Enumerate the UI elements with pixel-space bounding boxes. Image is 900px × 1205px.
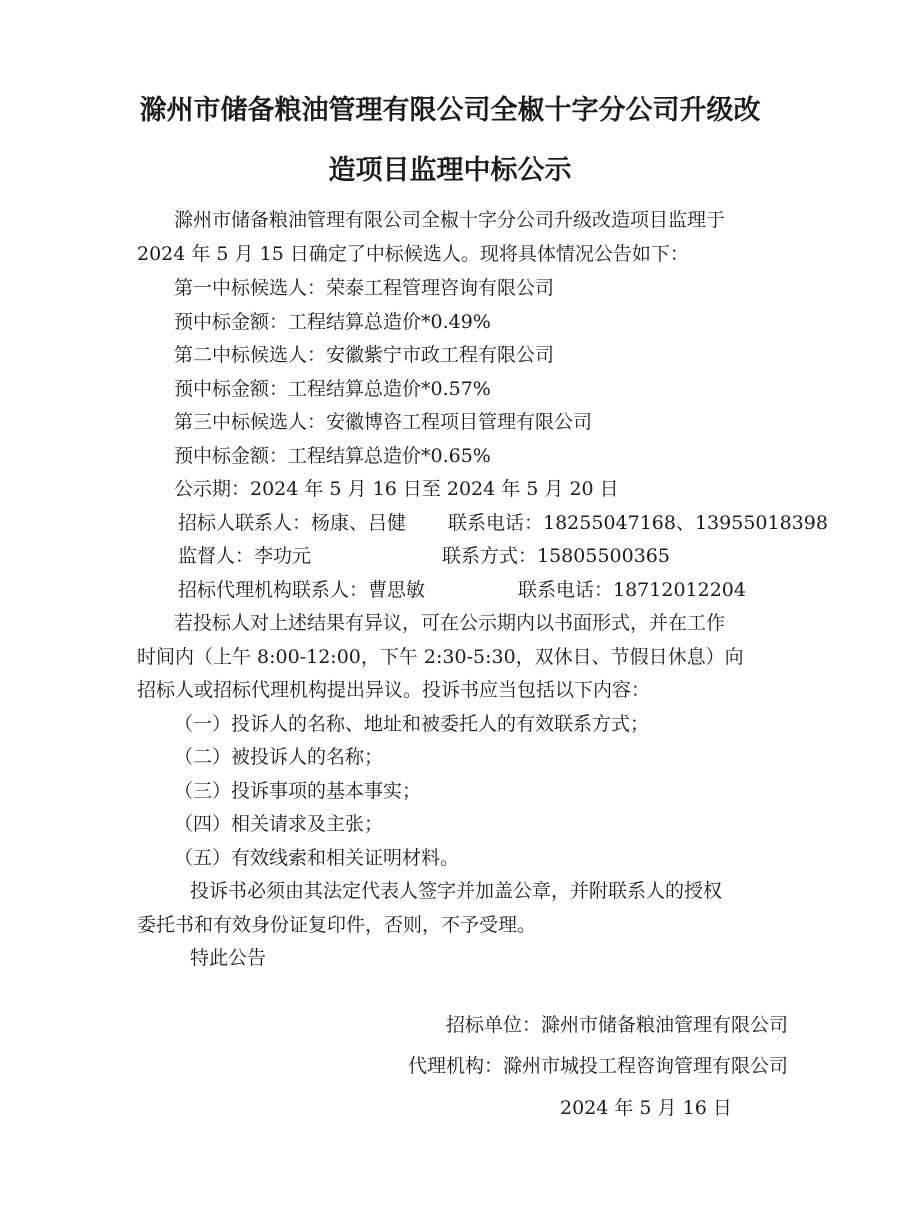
signature-line-2: 委托书和有效身份证复印件，否则，不予受理。 [137, 913, 536, 937]
tenderer-contact-label: 招标人联系人：杨康、吕健 [178, 511, 406, 535]
complaint-item-2: （二）被投诉人的名称； [174, 745, 383, 769]
document-title-line-1: 滁州市储备粮油管理有限公司全椒十字分公司升级改 [0, 88, 900, 127]
candidate-1-name: 第一中标候选人：荣泰工程管理咨询有限公司 [174, 276, 554, 300]
objection-line-1: 若投标人对上述结果有异议，可在公示期内以书面形式，并在工作 [174, 611, 725, 635]
intro-line-1: 滁州市储备粮油管理有限公司全椒十字分公司升级改造项目监理于 [174, 208, 725, 232]
complaint-item-3: （三）投诉事项的基本事实； [174, 779, 421, 803]
publicity-period: 公示期：2024 年 5 月 16 日至 2024 年 5 月 20 日 [174, 477, 619, 501]
complaint-item-4: （四）相关请求及主张； [174, 812, 383, 836]
candidate-1-amount: 预中标金额：工程结算总造价*0.49% [174, 310, 491, 334]
signature-line-1: 投诉书必须由其法定代表人签字并加盖公章，并附联系人的授权 [190, 879, 722, 903]
closing-text: 特此公告 [190, 946, 266, 970]
supervisor-label: 监督人：李功元 [178, 544, 311, 568]
agency-contact-phone: 联系电话：18712012204 [518, 578, 746, 602]
candidate-3-name: 第三中标候选人：安徽博咨工程项目管理有限公司 [174, 410, 592, 434]
intro-line-2: 2024 年 5 月 15 日确定了中标候选人。现将具体情况公告如下： [137, 242, 689, 266]
complaint-item-5: （五）有效线索和相关证明材料。 [174, 846, 459, 870]
document-title-line-2: 造项目监理中标公示 [0, 148, 900, 187]
candidate-2-amount: 预中标金额：工程结算总造价*0.57% [174, 377, 491, 401]
footer-agency: 代理机构：滁州市城投工程咨询管理有限公司 [408, 1054, 788, 1078]
candidate-3-amount: 预中标金额：工程结算总造价*0.65% [174, 444, 491, 468]
agency-contact-label: 招标代理机构联系人：曹思敏 [178, 578, 425, 602]
footer-date: 2024 年 5 月 16 日 [560, 1096, 732, 1120]
complaint-item-1: （一）投诉人的名称、地址和被委托人的有效联系方式； [174, 712, 649, 736]
supervisor-phone: 联系方式：15805500365 [442, 544, 670, 568]
candidate-2-name: 第二中标候选人：安徽紫宁市政工程有限公司 [174, 343, 554, 367]
objection-line-2: 时间内（上午 8:00-12:00，下午 2:30-5:30，双休日、节假日休息… [137, 645, 744, 669]
objection-line-3: 招标人或招标代理机构提出异议。投诉书应当包括以下内容： [137, 678, 650, 702]
tenderer-contact-phone: 联系电话：18255047168、13955018398 [448, 511, 828, 535]
footer-tenderer-unit: 招标单位：滁州市储备粮油管理有限公司 [446, 1013, 788, 1037]
